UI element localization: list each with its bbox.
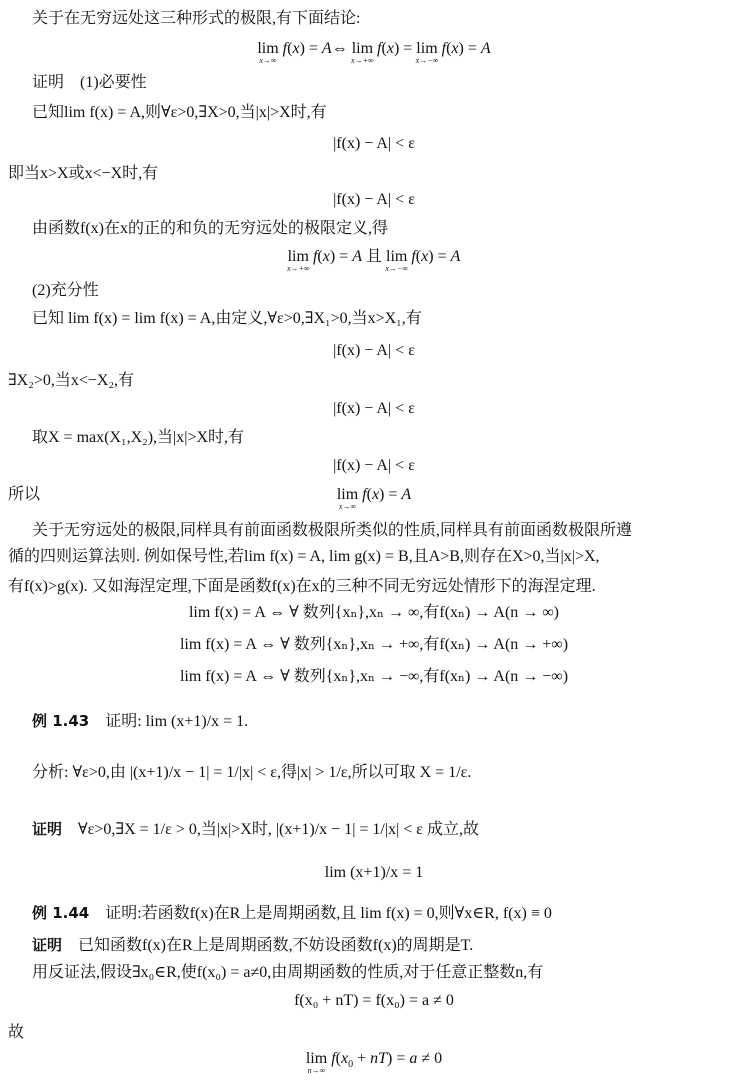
- intro-text: 关于在无穷远处这三种形式的极限,有下面结论:: [32, 8, 360, 30]
- given-line-1: 已知lim f(x) = A,则∀ε>0,∃X>0,当|x|>X时,有: [32, 102, 327, 124]
- analysis-line: 分析: ∀ε>0,由 |(x+1)/x − 1| = 1/|x| < ε,得|x…: [32, 762, 471, 784]
- periodic-equation: f(x₀ + nT) = f(x₀) = a ≠ 0: [0, 990, 748, 1012]
- text-line-6: 即当x>X或x<−X时,有: [8, 163, 158, 185]
- formula-equivalence: limx→∞ f(x) = A⇔ limx→+∞ f(x) = limx→−∞ …: [0, 38, 748, 60]
- formula-one-sided-limits: limx→+∞ f(x) = A 且 limx→−∞ f(x) = A: [0, 246, 748, 268]
- example-1-43: 例 1.43 证明: lim (x+1)/x = 1.: [32, 710, 248, 733]
- heine-theorem-1: lim f(x) = A ⇔ ∀ 数列{xₙ},xₙ → ∞,有f(xₙ) → …: [0, 602, 748, 624]
- heine-theorem-3: lim f(x) = A ⇔ ∀ 数列{xₙ},xₙ → −∞,有f(xₙ) →…: [0, 666, 748, 688]
- example-label: 例 1.43: [32, 712, 89, 730]
- example-label: 例 1.44: [32, 904, 89, 922]
- text-line-13: ∃X₂>0,当x<−X₂,有: [8, 370, 134, 392]
- paragraph-line-2: 循的四则运算法则. 例如保号性,若lim f(x) = A, lim g(x) …: [8, 546, 600, 568]
- example-1-44: 例 1.44 证明:若函数f(x)在R上是周期函数,且 lim f(x) = 0…: [32, 902, 552, 925]
- proof-label: 证明: [32, 820, 62, 838]
- therefore-label-2: 故: [8, 1022, 24, 1044]
- proof-1-44: 证明 已知函数f(x)在R上是周期函数,不妨设函数f(x)的周期是T.: [32, 934, 473, 957]
- proof-1-43: 证明 ∀ε>0,∃X = 1/ε > 0,当|x|>X时, |(x+1)/x −…: [32, 818, 479, 841]
- text-line-8: 由函数f(x)在x的正的和负的无穷远处的极限定义,得: [32, 218, 388, 240]
- proof-label: 证明: [32, 936, 62, 954]
- paragraph-line-3: 有f(x)>g(x). 又如海涅定理,下面是函数f(x)在x的三种不同无穷远处情…: [8, 576, 596, 598]
- text-line-15: 取X = max(X₁,X₂),当|x|>X时,有: [32, 427, 244, 449]
- inequality-3: |f(x) − A| < ε: [0, 340, 748, 362]
- heine-theorem-2: lim f(x) = A ⇔ ∀ 数列{xₙ},xₙ → +∞,有f(xₙ) →…: [0, 634, 748, 656]
- given-line-2: 已知 lim f(x) = lim f(x) = A,由定义,∀ε>0,∃X₁>…: [32, 308, 422, 330]
- inequality-4: |f(x) − A| < ε: [0, 398, 748, 420]
- contradiction-line: 用反证法,假设∃x₀∈R,使f(x₀) = a≠0,由周期函数的性质,对于任意正…: [32, 962, 543, 984]
- conclusion-1-43: lim (x+1)/x = 1: [0, 862, 748, 884]
- proof-necessity-heading: 证明 (1)必要性: [32, 72, 147, 94]
- final-limit: limn→∞ f(x0 + nT) = a ≠ 0: [0, 1048, 748, 1076]
- inequality-1: |f(x) − A| < ε: [0, 133, 748, 155]
- conclusion-limit: limx→∞ f(x) = A: [0, 484, 748, 506]
- inequality-2: |f(x) − A| < ε: [0, 189, 748, 211]
- inequality-5: |f(x) − A| < ε: [0, 455, 748, 477]
- paragraph-line-1: 关于无穷远处的极限,同样具有前面函数极限所类似的性质,同样具有前面函数极限所遵: [32, 520, 632, 542]
- proof-sufficiency-heading: (2)充分性: [32, 280, 99, 302]
